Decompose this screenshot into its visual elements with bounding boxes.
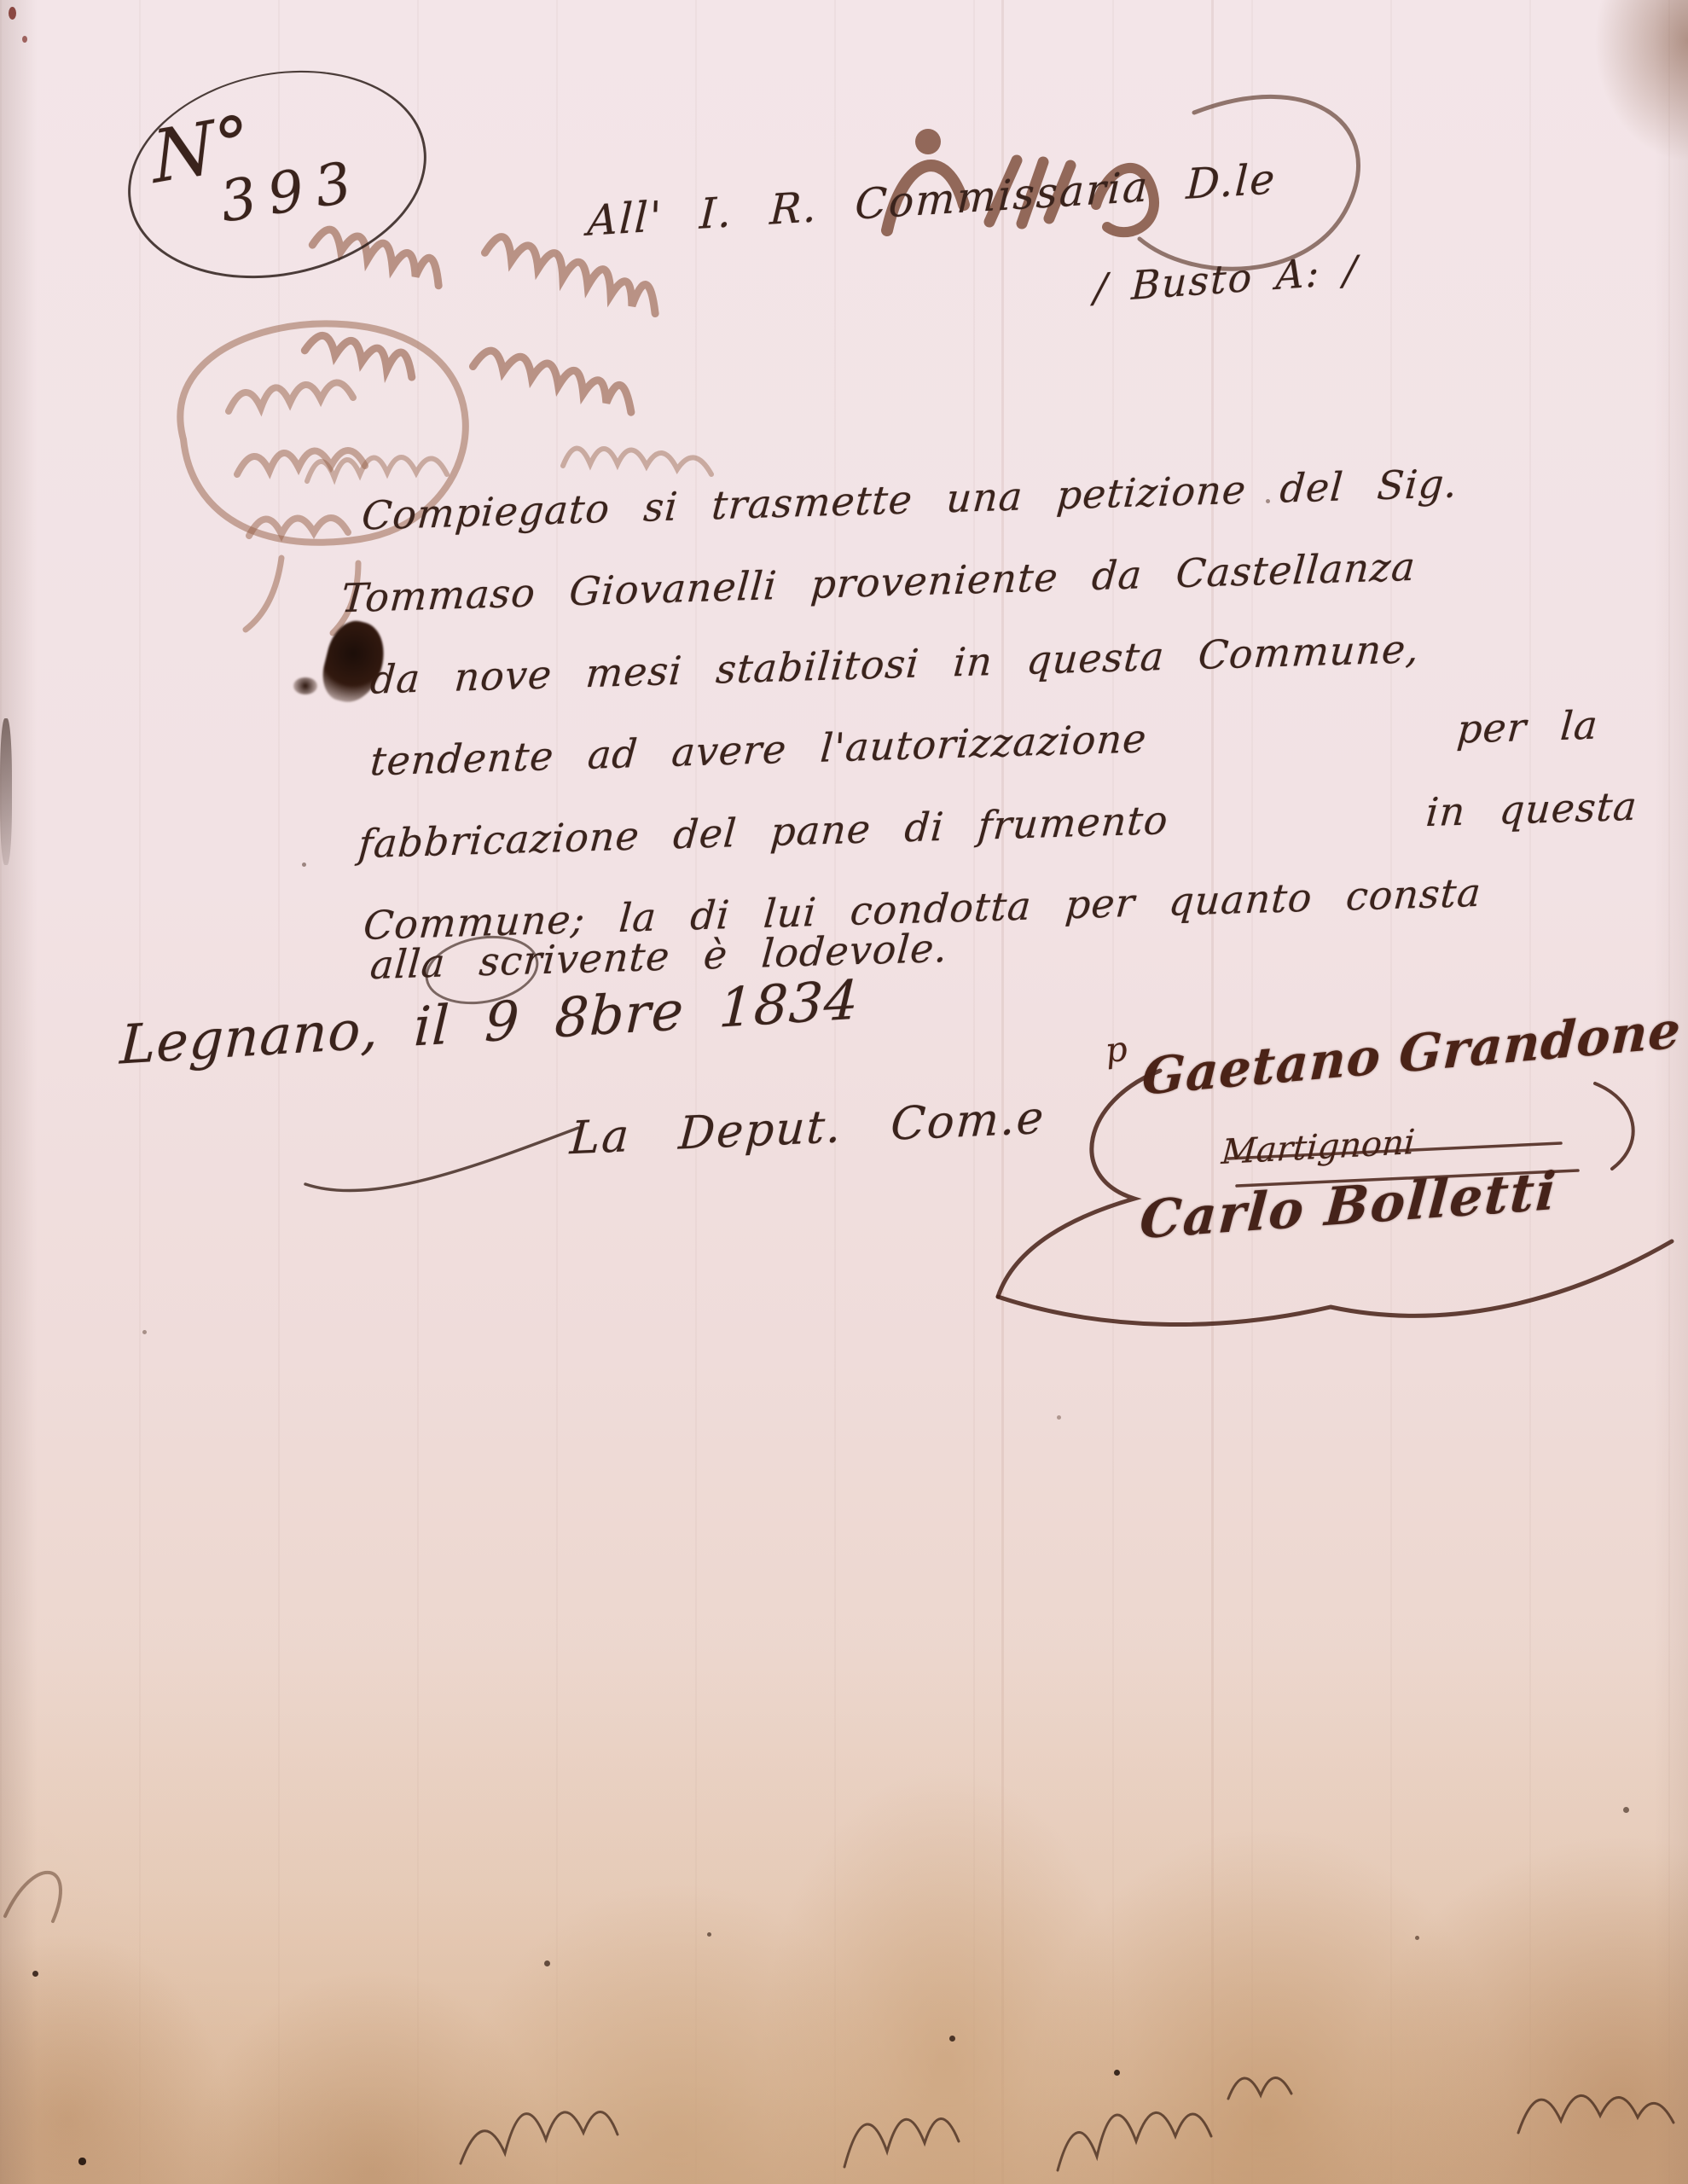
body-line-segment: fabbricazione del pane di frumento bbox=[357, 797, 1169, 867]
water-stain-zone bbox=[0, 1638, 1688, 2184]
letter-sheet: N° 393 All' I. R. Commissaria D.le / Bus… bbox=[0, 0, 1688, 2184]
page-vignette bbox=[0, 0, 1688, 2184]
fold-line bbox=[1001, 0, 1004, 2184]
body-line: Tommaso Giovanelli proveniente da Castel… bbox=[339, 537, 1621, 622]
body-line-segment: in questa bbox=[1424, 783, 1639, 835]
corner-curl-mark bbox=[0, 1843, 102, 1945]
body-line: fabbricazione del pane di frumento in qu… bbox=[357, 783, 1639, 868]
water-stain-contour bbox=[0, 1655, 1688, 2184]
fly-specks bbox=[0, 0, 3, 3]
body-line: Compiegato si trasmette una petizione de… bbox=[360, 456, 1599, 538]
body-line: tendente ad avere l'autorizzazione per l… bbox=[368, 702, 1599, 785]
dateline-place: Legnano, bbox=[119, 998, 380, 1077]
body-line: da nove mesi stabilitosi in questa Commu… bbox=[368, 619, 1616, 702]
red-speck bbox=[22, 36, 27, 43]
paper-chain-lines bbox=[0, 0, 1688, 2184]
corner-smudge bbox=[1594, 0, 1688, 162]
edge-ink-mark bbox=[0, 718, 12, 865]
body-line-segment: per la bbox=[1455, 702, 1599, 752]
addressee-line2: / Busto A: / bbox=[1093, 247, 1359, 311]
signature-secondary: Martignoni bbox=[1221, 1123, 1417, 1172]
body-line-segment: tendente ad avere l'autorizzazione bbox=[368, 715, 1148, 784]
addressee-line1: All' I. R. Commissaria D.le bbox=[587, 154, 1278, 246]
closing-flourish bbox=[295, 1102, 602, 1213]
red-speck bbox=[9, 7, 16, 20]
signature-tertiary: Carlo Bolletti bbox=[1138, 1161, 1559, 1252]
signature-per-mark: p bbox=[1104, 1030, 1129, 1071]
signature-primary: Gaetano Grandone bbox=[1140, 1000, 1682, 1107]
closing-text: La Deput. Com.e bbox=[568, 1092, 1047, 1165]
ink-blot-small bbox=[293, 677, 317, 694]
